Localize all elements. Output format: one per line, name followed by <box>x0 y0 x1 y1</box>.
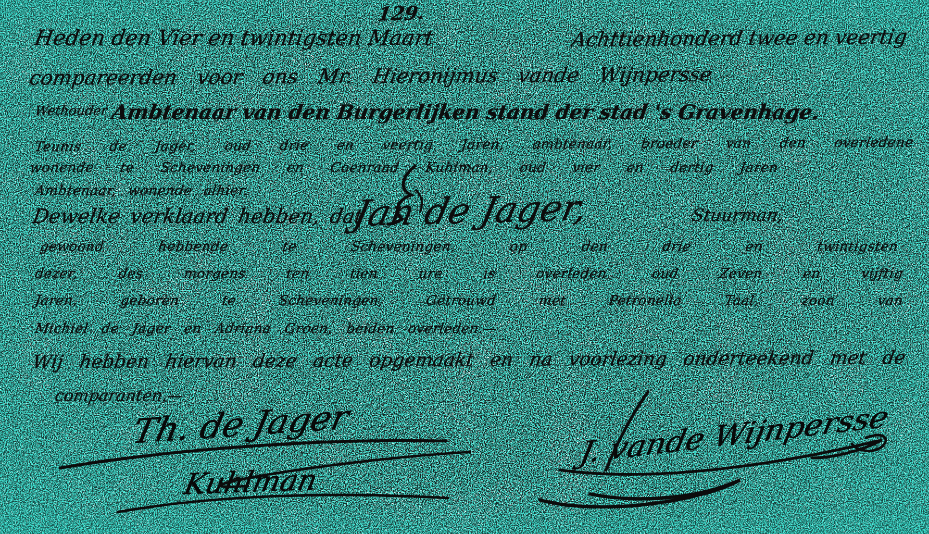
line-date: Heden den Vier en twintigsten Maart Acht… <box>35 26 907 50</box>
line-witness-2: wonende te Scheveningen en Coenraad Kuhl… <box>29 160 779 176</box>
deceased-occupation: Stuurman, <box>690 206 784 226</box>
line-date-year: Achttienhonderd twee en veertig <box>570 25 909 52</box>
line-witness-2-residence: Ambtenaar, wonende alhier. <box>34 183 250 199</box>
line-parents: Michiel de Jager en Adriana Groen, beide… <box>34 321 498 337</box>
line-death-place: gewoond hebbende te Scheveningen, op den… <box>39 239 899 255</box>
line-comparanten: comparanten.— <box>53 386 184 405</box>
act-number: 129. <box>376 2 426 26</box>
line-registrar: compareerden voor ons Mr. Hieronijmus va… <box>28 62 714 90</box>
line-declaration-lead: Dewelke verklaard hebben, dat <box>31 204 365 228</box>
line-date-day: Heden den Vier en twintigsten Maart <box>33 26 435 50</box>
scanned-death-record: 129. Heden den Vier en twintigsten Maart… <box>0 0 929 534</box>
line-official-title: Wethouder Ambtenaar van den Burgerlijken… <box>33 100 821 124</box>
line-birth-marriage: Jaren, geboren te Scheveningen, Getrouwd… <box>34 293 904 309</box>
line-death-time-age: dezer, des morgens ten tien ure is overl… <box>34 266 904 282</box>
deceased-name: Jan de Jager, <box>350 188 592 235</box>
line-official-title-prefix: Wethouder <box>34 104 108 119</box>
line-official-title-main: Ambtenaar van den Burgerlijken stand der… <box>110 100 821 124</box>
signature-witness-kuhlman: Kuhlman <box>181 463 320 502</box>
